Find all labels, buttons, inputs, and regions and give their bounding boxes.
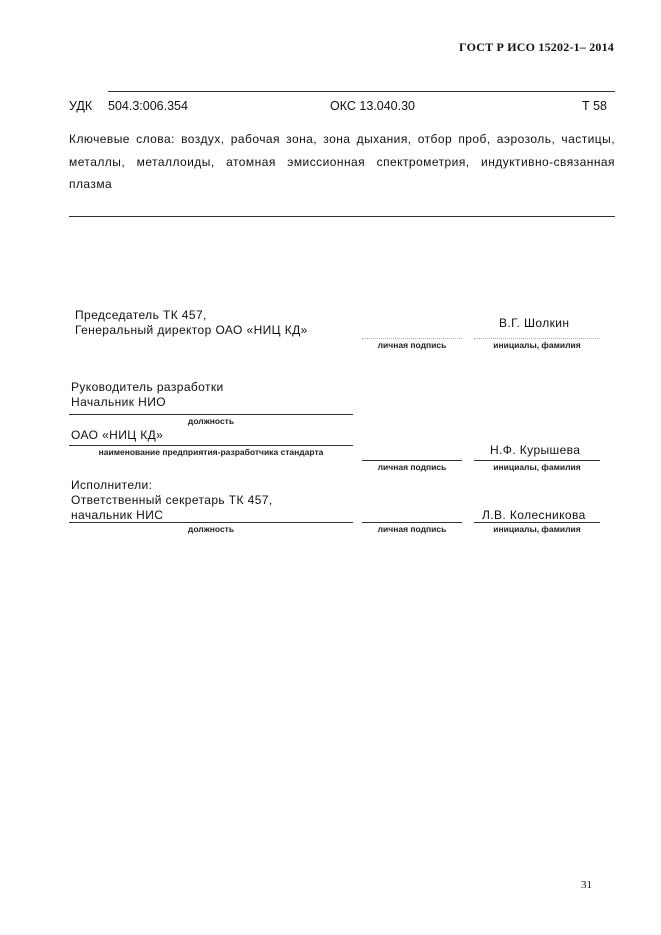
lead-name: Н.Ф. Курышева	[490, 443, 580, 457]
keywords-rule	[69, 216, 615, 217]
executors-name: Л.В. Колесникова	[482, 508, 586, 522]
executors-name-caption: инициалы, фамилия	[474, 524, 600, 534]
chair-name-line	[474, 338, 600, 339]
top-rule	[108, 91, 615, 92]
chair-signature-line	[362, 338, 462, 339]
lead-organization-caption: наименование предприятия-разработчика ст…	[69, 447, 353, 457]
keywords-line: плазма	[69, 173, 615, 196]
classification-code: Т 58	[582, 99, 607, 113]
lead-title-line1: Руководитель разработки	[71, 380, 224, 394]
udk-label: УДК	[69, 99, 92, 113]
lead-organization-line	[69, 445, 353, 446]
chair-title-line2: Генеральный директор ОАО «НИЦ КД»	[75, 323, 308, 337]
lead-signature-caption: личная подпись	[362, 462, 462, 472]
executors-signature-line	[362, 522, 462, 523]
chair-name-caption: инициалы, фамилия	[474, 340, 600, 350]
keywords-line: Ключевые слова: воздух, рабочая зона, зо…	[69, 128, 615, 151]
chair-title-line1: Председатель ТК 457,	[75, 308, 207, 322]
lead-name-line	[474, 460, 600, 461]
standard-header: ГОСТ Р ИСО 15202-1– 2014	[459, 40, 614, 55]
executors-title-line1: Ответственный секретарь ТК 457,	[71, 493, 273, 507]
executors-title-line2: начальник НИС	[71, 508, 163, 522]
lead-organization: ОАО «НИЦ КД»	[71, 428, 163, 442]
lead-name-caption: инициалы, фамилия	[474, 462, 600, 472]
lead-position-caption: должность	[69, 416, 353, 426]
chair-name: В.Г. Шолкин	[499, 316, 569, 330]
udk-value: 504.3:006.354	[108, 99, 188, 113]
executors-position-line	[69, 522, 353, 523]
chair-signature-caption: личная подпись	[362, 340, 462, 350]
lead-position-line	[69, 414, 353, 415]
keywords-block: Ключевые слова: воздух, рабочая зона, зо…	[69, 128, 615, 196]
page-number: 31	[581, 879, 592, 891]
executors-heading: Исполнители:	[71, 478, 152, 492]
executors-position-caption: должность	[69, 524, 353, 534]
oks-code: ОКС 13.040.30	[330, 99, 415, 113]
executors-signature-caption: личная подпись	[362, 524, 462, 534]
executors-name-line	[474, 522, 600, 523]
lead-title-line2: Начальник НИО	[71, 395, 166, 409]
keywords-line: металлы, металлоиды, атомная эмиссионная…	[69, 151, 615, 174]
lead-signature-line	[362, 460, 462, 461]
